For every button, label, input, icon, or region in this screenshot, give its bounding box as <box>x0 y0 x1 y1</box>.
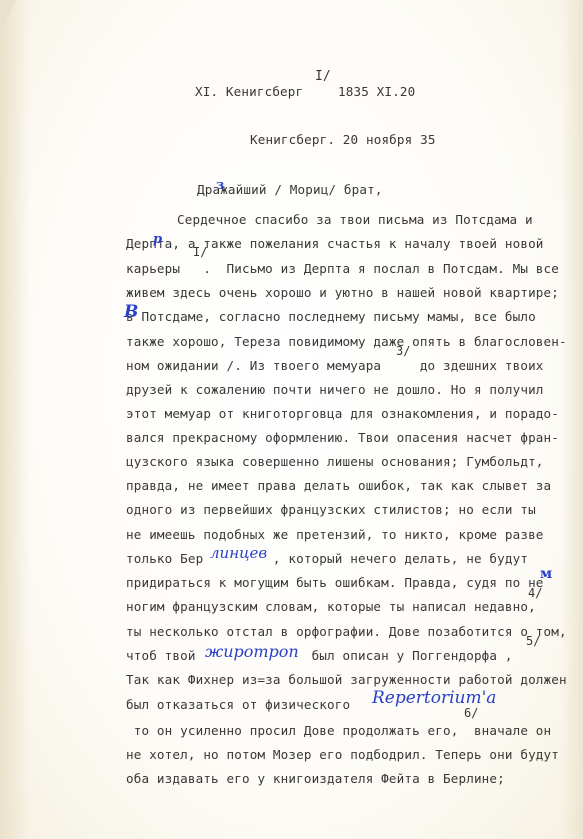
body-line: живем здесь очень хорошо и уютно в нашей… <box>126 285 559 300</box>
body-line: не хотел, но потом Мозер его подбодрил. … <box>126 747 559 762</box>
body-line: придираться к могущим быть ошибкам. Прав… <box>126 575 544 590</box>
handwritten-correction-letter: р <box>153 232 162 247</box>
body-line: Сердечное спасибо за твои письма из Потс… <box>177 212 533 227</box>
body-line: только Бер , который нечего делать, не б… <box>126 551 528 566</box>
archive-ref-left: XI. Кенигсберг <box>195 84 303 99</box>
paper-edge-right <box>561 0 583 839</box>
body-line: не имеешь подобных же претензий, то никт… <box>126 527 544 542</box>
handwritten-correction-letter: з <box>216 178 224 193</box>
document-page: XI. Кенигсберг I/ 1835 XI.20 Кенигсберг.… <box>0 0 583 839</box>
body-line: одного из первейших французских стилисто… <box>126 502 536 517</box>
body-line: ты несколько отстал в орфографии. Дове п… <box>126 624 567 639</box>
body-line: вался прекрасному оформлению. Твои опасе… <box>126 430 559 445</box>
body-line: Так как Фихнер из=за большой загруженнос… <box>126 672 567 687</box>
footnote-mark-3: 3/ <box>396 344 410 358</box>
paper-corner-fold <box>0 0 16 34</box>
body-line: друзей к сожалению почти ничего не дошло… <box>126 382 544 397</box>
body-line: ногим французским словам, которые ты нап… <box>126 599 536 614</box>
footnote-mark-6: 6/ <box>464 706 478 720</box>
handwritten-insert-name: линцев <box>210 544 267 562</box>
body-line: чтоб твой был описан у Поггендорфа , <box>126 648 513 663</box>
handwritten-insert-latin: Repertorium'a <box>372 688 496 708</box>
salutation: Дражайший / Мориц/ брат, <box>197 182 383 197</box>
handwritten-insert-term: жиротроп <box>205 642 299 661</box>
footnote-mark-1: I/ <box>193 245 207 259</box>
dateline: Кенигсберг. 20 ноября 35 <box>250 132 436 147</box>
body-line: Дерпта, а также пожелания счастья к нача… <box>126 236 544 251</box>
body-line: карьеры . Письмо из Дерпта я послал в По… <box>126 261 559 276</box>
handwritten-correction-letter: В <box>124 302 138 322</box>
body-line: в Потсдаме, согласно последнему письму м… <box>126 309 536 324</box>
body-line: также хорошо, Тереза повидимому даже опя… <box>126 334 567 349</box>
footnote-mark-5: 5/ <box>526 634 540 648</box>
body-line: был отказаться от физического <box>126 697 350 712</box>
archive-ref-right: 1835 XI.20 <box>338 84 415 99</box>
handwritten-correction-letter: м <box>540 566 552 582</box>
footnote-mark-4: 4/ <box>528 586 542 600</box>
footnote-mark-header: I/ <box>315 69 331 84</box>
paper-edge-left <box>0 0 30 839</box>
body-line: цузского языка совершенно лишены основан… <box>126 454 544 469</box>
body-line: правда, не имеет права делать ошибок, та… <box>126 478 551 493</box>
body-line: оба издавать его у книгоиздателя Фейта в… <box>126 771 505 786</box>
body-line: ном ожидании /. Из твоего мемуара до зде… <box>126 358 544 373</box>
body-line: то он усиленно просил Дове продолжать ег… <box>126 723 551 738</box>
body-line: этот мемуар от книготорговца для ознаком… <box>126 406 559 421</box>
